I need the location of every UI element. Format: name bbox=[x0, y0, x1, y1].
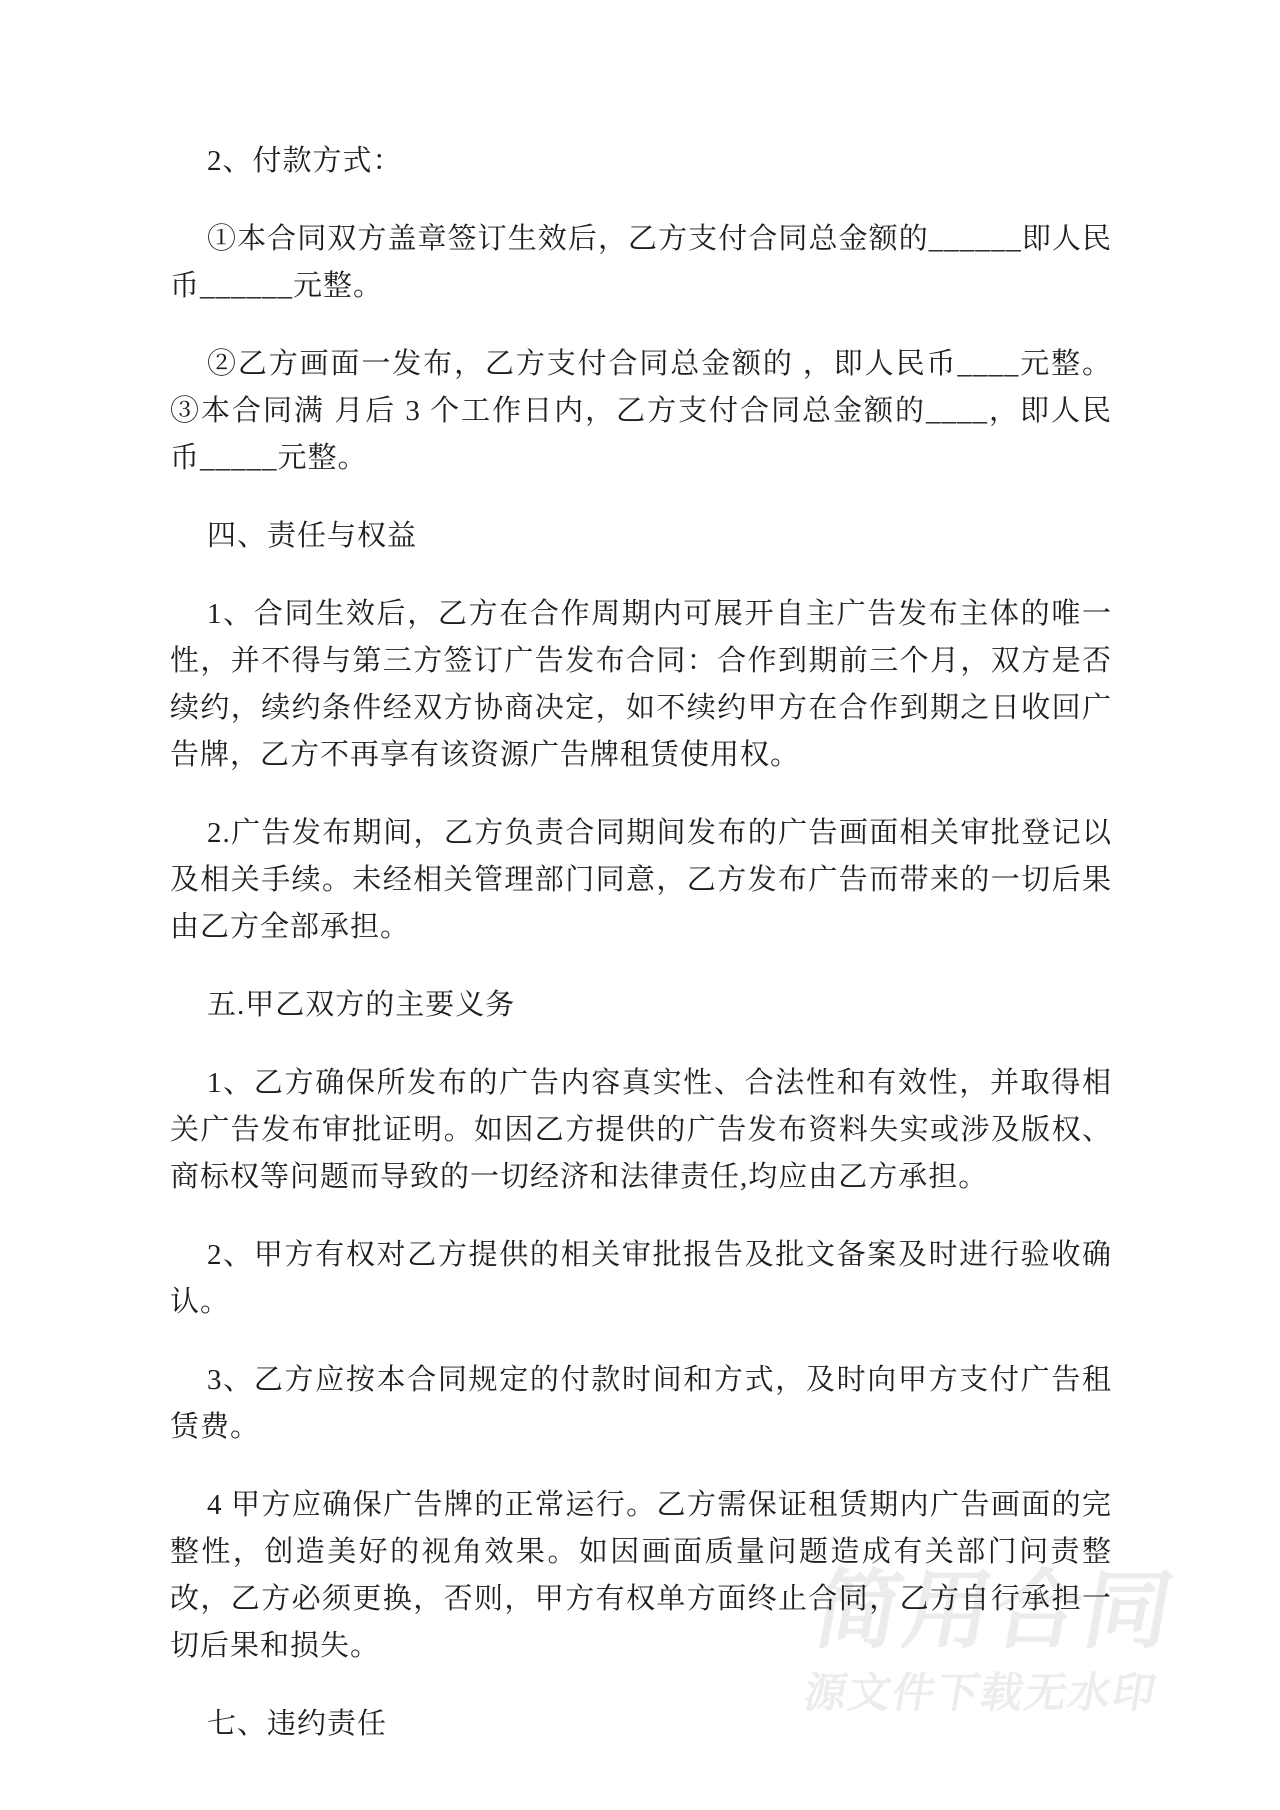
section-5-clause-1: 1、乙方确保所发布的广告内容真实性、合法性和有效性，并取得相关广告发布审批证明。… bbox=[170, 1060, 1112, 1201]
section-5-clause-2: 2、甲方有权对乙方提供的相关审批报告及批文备案及时进行验收确认。 bbox=[170, 1232, 1112, 1326]
section-5-clause-4: 4 甲方应确保广告牌的正常运行。乙方需保证租赁期内广告画面的完整性，创造美好的视… bbox=[170, 1482, 1112, 1670]
contract-page: 2、付款方式： ①本合同双方盖章签订生效后，乙方支付合同总金额的______即人… bbox=[0, 0, 1280, 1748]
payment-method-heading: 2、付款方式： bbox=[170, 138, 1112, 185]
section-4-clause-2: 2.广告发布期间，乙方负责合同期间发布的广告画面相关审批登记以及相关手续。未经相… bbox=[170, 810, 1112, 951]
section-4-heading: 四、责任与权益 bbox=[170, 513, 1112, 560]
payment-clause-1: ①本合同双方盖章签订生效后，乙方支付合同总金额的______即人民币______… bbox=[170, 216, 1112, 310]
section-7-heading: 七、违约责任 bbox=[170, 1701, 1112, 1748]
section-5-heading: 五.甲乙双方的主要义务 bbox=[170, 982, 1112, 1029]
payment-clause-2-3: ②乙方画面一发布，乙方支付合同总金额的 ，即人民币____元整。 ③本合同满 月… bbox=[170, 341, 1112, 482]
section-5-clause-3: 3、乙方应按本合同规定的付款时间和方式，及时向甲方支付广告租赁费。 bbox=[170, 1357, 1112, 1451]
section-4-clause-1: 1、合同生效后，乙方在合作周期内可展开自主广告发布主体的唯一性，并不得与第三方签… bbox=[170, 591, 1112, 779]
